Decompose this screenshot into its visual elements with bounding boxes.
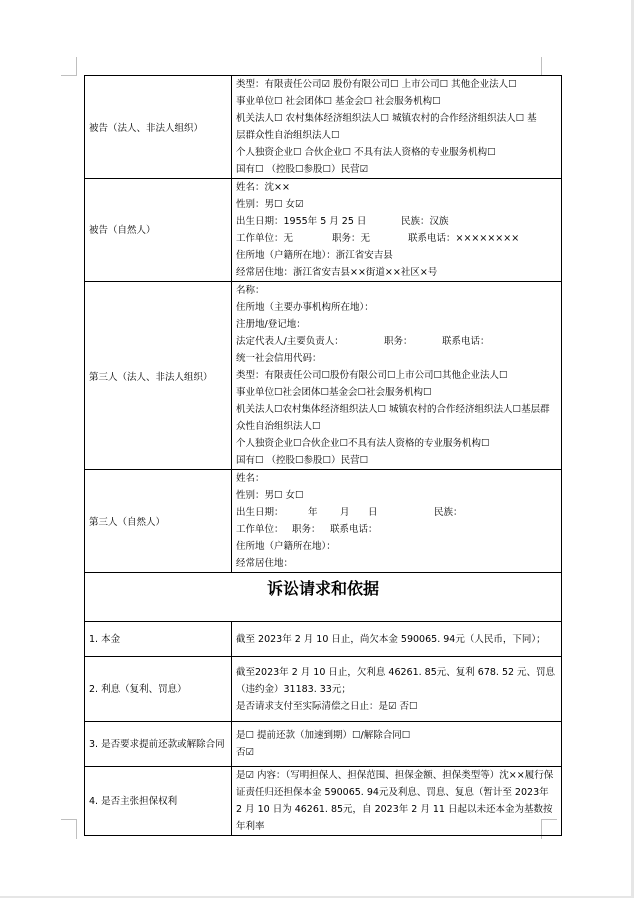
row-defendant-org: 被告（法人、非法人组织） 类型：有限责任公司☑ 股份有限公司☐ 上市公司☐ 其他… [85, 76, 562, 179]
domicile-field: 住所地（户籍所在地）：浙江省安吉县 [236, 247, 557, 264]
row-defendant-person: 被告（自然人） 姓名：沈×× 性别：男☐ 女☑ 出生日期：1955年 5 月 2… [85, 179, 562, 282]
row-third-party-person: 第三人（自然人） 姓名： 性别：男☐ 女☐ 出生日期：年月日民族： 工作单位：职… [85, 470, 562, 573]
day-label: 日 [368, 504, 434, 521]
row-label: 3. 是否要求提前还款或解除合同 [85, 722, 232, 767]
year-label: 年 [308, 504, 340, 521]
legal-rep-line: 法定代表人/主要负责人：职务：联系电话： [236, 333, 557, 350]
third-party-org-content: 名称： 住所地（主要办事机构所在地）： 注册地/登记地： 法定代表人/主要负责人… [232, 282, 562, 470]
complaint-form-table: 被告（法人、非法人组织） 类型：有限责任公司☑ 股份有限公司☐ 上市公司☐ 其他… [84, 75, 562, 836]
guarantee-text: 是☑ 内容：（写明担保人、担保范围、担保金额、担保类型等）沈××履行保证责任归还… [232, 767, 562, 836]
position-field: 职务： [292, 521, 330, 538]
org-type-line: 类型：有限责任公司☐股份有限公司☐上市公司☐其他企业法人☐ [236, 367, 557, 384]
employer-field: 工作单位：无 [236, 230, 332, 247]
org-type-line: 机关法人☐农村集体经济组织法人☐ 城镇农村的合作经济组织法人☐基层群 [236, 401, 557, 418]
org-type-line: 类型：有限责任公司☑ 股份有限公司☐ 上市公司☐ 其他企业法人☐ [236, 76, 557, 93]
document-page: 被告（法人、非法人组织） 类型：有限责任公司☑ 股份有限公司☐ 上市公司☐ 其他… [0, 0, 630, 896]
name-field: 名称： [236, 282, 557, 299]
row-label: 第三人（法人、非法人组织） [85, 282, 232, 470]
guarantee-text-body: 是☑ 内容：（写明担保人、担保范围、担保金额、担保类型等）沈××履行保证责任归还… [236, 767, 557, 835]
org-type-line: 层群众性自治组织法人☐ [236, 127, 557, 144]
name-field: 姓名：沈×× [236, 179, 557, 196]
margin-corner-mark [61, 57, 77, 76]
work-line: 工作单位：无职务：无联系电话：×××××××× [236, 230, 557, 247]
row-label: 被告（法人、非法人组织） [85, 76, 232, 179]
org-type-line: 个人独资企业☐合伙企业☐不具有法人资格的专业服务机构☐ [236, 435, 557, 452]
phone-field: 联系电话：×××××××× [408, 233, 519, 244]
row-label: 第三人（自然人） [85, 470, 232, 573]
org-type-line: 机关法人☐ 农村集体经济组织法人☐ 城镇农村的合作经济组织法人☐ 基 [236, 110, 557, 127]
row-principal: 1. 本金 截至 2023年 2 月 10 日止，尚欠本金 590065. 94… [85, 622, 562, 657]
registered-field: 注册地/登记地： [236, 316, 557, 333]
third-party-person-content: 姓名： 性别：男☐ 女☐ 出生日期：年月日民族： 工作单位：职务：联系电话： 住… [232, 470, 562, 573]
name-field: 姓名： [236, 470, 557, 487]
margin-corner-mark [541, 57, 557, 76]
org-type-line: 事业单位☐社会团体☐基金会☐社会服务机构☐ [236, 384, 557, 401]
birth-ethnicity-line: 出生日期：1955年 5 月 25 日民族：汉族 [236, 213, 557, 230]
birth-field: 出生日期：1955年 5 月 25 日 [236, 213, 401, 230]
gender-field: 性别：男☐ 女☑ [236, 196, 557, 213]
row-label: 1. 本金 [85, 622, 232, 657]
position-field: 职务： [384, 333, 442, 350]
residence-field: 经常居住地：浙江省安吉县××街道××社区×号 [236, 264, 557, 281]
address-field: 住所地（主要办事机构所在地）： [236, 299, 557, 316]
birth-label: 出生日期： [236, 504, 308, 521]
interest-content: 截至2023年 2 月 10 日止，欠利息 46261. 85元、复利 678.… [232, 657, 562, 722]
row-interest: 2. 利息（复利、罚息） 截至2023年 2 月 10 日止，欠利息 46261… [85, 657, 562, 722]
interest-until-paid: 是否请求支付至实际清偿之日止：是☑ 否☐ [236, 698, 557, 715]
row-early-repayment: 3. 是否要求提前还款或解除合同 是☐ 提前还款（加速到期）☐/解除合同☐ 否☑ [85, 722, 562, 767]
month-label: 月 [340, 504, 368, 521]
position-field: 职务：无 [332, 230, 408, 247]
section-heading: 诉讼请求和依据 [85, 573, 562, 622]
phone-field: 联系电话： [442, 336, 490, 347]
org-type-line: 个人独资企业☐ 合伙企业☐ 不具有法人资格的专业服务机构☐ [236, 144, 557, 161]
ethnicity-field: 民族： [434, 507, 463, 518]
employer-field: 工作单位： [236, 521, 292, 538]
work-line: 工作单位：职务：联系电话： [236, 521, 557, 538]
defendant-person-content: 姓名：沈×× 性别：男☐ 女☑ 出生日期：1955年 5 月 25 日民族：汉族… [232, 179, 562, 282]
ownership-line: 国有☐ （控股☐参股☐）民营☐ [236, 452, 557, 469]
gender-field: 性别：男☐ 女☐ [236, 487, 557, 504]
row-label: 2. 利息（复利、罚息） [85, 657, 232, 722]
early-repayment-no: 否☑ [236, 744, 557, 761]
org-type-line: 众性自治组织法人☐ [236, 418, 557, 435]
early-repayment-yes: 是☐ 提前还款（加速到期）☐/解除合同☐ [236, 727, 557, 744]
legal-rep-field: 法定代表人/主要负责人： [236, 333, 384, 350]
org-type-line: 事业单位☐ 社会团体☐ 基金会☐ 社会服务机构☐ [236, 93, 557, 110]
phone-field: 联系电话： [330, 524, 378, 535]
defendant-org-content: 类型：有限责任公司☑ 股份有限公司☐ 上市公司☐ 其他企业法人☐ 事业单位☐ 社… [232, 76, 562, 179]
row-label: 4. 是否主张担保权利 [85, 767, 232, 836]
margin-corner-mark [61, 819, 77, 839]
row-section-heading: 诉讼请求和依据 [85, 573, 562, 622]
domicile-field: 住所地（户籍所在地）： [236, 538, 557, 555]
early-repayment-content: 是☐ 提前还款（加速到期）☐/解除合同☐ 否☑ [232, 722, 562, 767]
ownership-line: 国有☐ （控股☐参股☐）民营☑ [236, 161, 557, 178]
row-third-party-org: 第三人（法人、非法人组织） 名称： 住所地（主要办事机构所在地）： 注册地/登记… [85, 282, 562, 470]
interest-text: 截至2023年 2 月 10 日止，欠利息 46261. 85元、复利 678.… [236, 664, 557, 698]
principal-text: 截至 2023年 2 月 10 日止，尚欠本金 590065. 94元（人民币，… [232, 622, 562, 657]
ethnicity-field: 民族：汉族 [401, 216, 449, 227]
credit-code-field: 统一社会信用代码： [236, 350, 557, 367]
residence-field: 经常居住地： [236, 555, 557, 572]
birth-ethnicity-line: 出生日期：年月日民族： [236, 504, 557, 521]
row-label: 被告（自然人） [85, 179, 232, 282]
row-guarantee: 4. 是否主张担保权利 是☑ 内容：（写明担保人、担保范围、担保金额、担保类型等… [85, 767, 562, 836]
